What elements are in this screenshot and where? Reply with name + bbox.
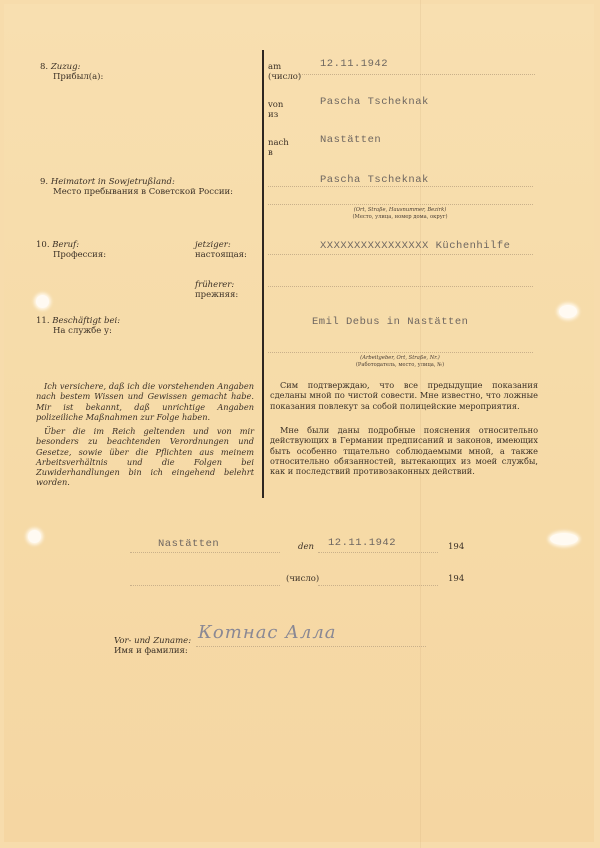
profession-former-label: früherer: прежняя: — [195, 280, 238, 300]
employer-value: Emil Debus in Nastätten — [312, 316, 468, 328]
punch-hole — [36, 295, 49, 308]
punch-hole — [28, 530, 41, 543]
year-prefix-1: 194 — [448, 542, 464, 552]
column-divider — [262, 50, 264, 498]
profession-current-value: XXXXXXXXXXXXXXXX Küchenhilfe — [320, 240, 510, 252]
name-label: Vor- und Zuname: Имя и фамилия: — [114, 636, 191, 656]
signature-line — [196, 646, 426, 647]
employer-line — [268, 352, 533, 353]
year-prefix-2: 194 — [448, 574, 464, 584]
to-value: Nastätten — [320, 134, 381, 146]
profession-line-1 — [268, 254, 533, 255]
arrival-date-value: 12.11.1942 — [320, 58, 388, 70]
document-page — [4, 4, 594, 842]
paper-fold — [420, 0, 421, 848]
item-11-label: 11. Beschäftigt bei: На службе у: — [36, 316, 120, 336]
item-10-label: 10. Beruf: Профессия: — [36, 240, 106, 260]
date-line — [318, 552, 438, 553]
place-line — [130, 552, 280, 553]
item-8-label: 8. Zuzug: Прибыл(а): — [40, 62, 103, 82]
ru-date-line — [318, 585, 438, 586]
ru-place-line — [130, 585, 280, 586]
den-label: den — [298, 542, 314, 552]
declaration-russian-1: Сим подтверждаю, что все предыдущие пока… — [270, 380, 538, 411]
to-label: nach в — [268, 138, 289, 158]
declaration-russian-2: Мне были даны подробные пояснения относи… — [270, 425, 538, 476]
declaration-german-2: Über die im Reich geltenden und von mir … — [36, 426, 254, 488]
item-9-label: 9. Heimatort in Sowjetrußland: Место пре… — [40, 177, 233, 197]
from-value: Pascha Tscheknak — [320, 96, 429, 108]
hometown-line-2 — [268, 204, 533, 205]
declaration-german-1: Ich versichere, daß ich die vorstehenden… — [36, 381, 254, 422]
punch-hole — [559, 305, 577, 318]
place-value: Nastätten — [158, 538, 219, 550]
arrival-date-label: am (число) — [268, 62, 301, 82]
from-label: von из — [268, 100, 283, 120]
ru-date-hint: (число) — [286, 574, 319, 584]
hometown-value: Pascha Tscheknak — [320, 174, 429, 186]
punch-hole — [550, 533, 578, 545]
hometown-line-1 — [268, 186, 533, 187]
arrival-date-line — [285, 74, 535, 75]
profession-line-2 — [268, 286, 533, 287]
signature-date-value: 12.11.1942 — [328, 537, 396, 549]
signature-handwritten: Котнас Алла — [198, 622, 337, 643]
employer-hint: (Arbeitgeber, Ort, Straße, Nr.) (Работод… — [300, 355, 500, 368]
profession-current-label: jetziger: настоящая: — [195, 240, 247, 260]
hometown-hint: (Ort, Straße, Hausnummer, Bezirk) (Место… — [300, 207, 500, 220]
